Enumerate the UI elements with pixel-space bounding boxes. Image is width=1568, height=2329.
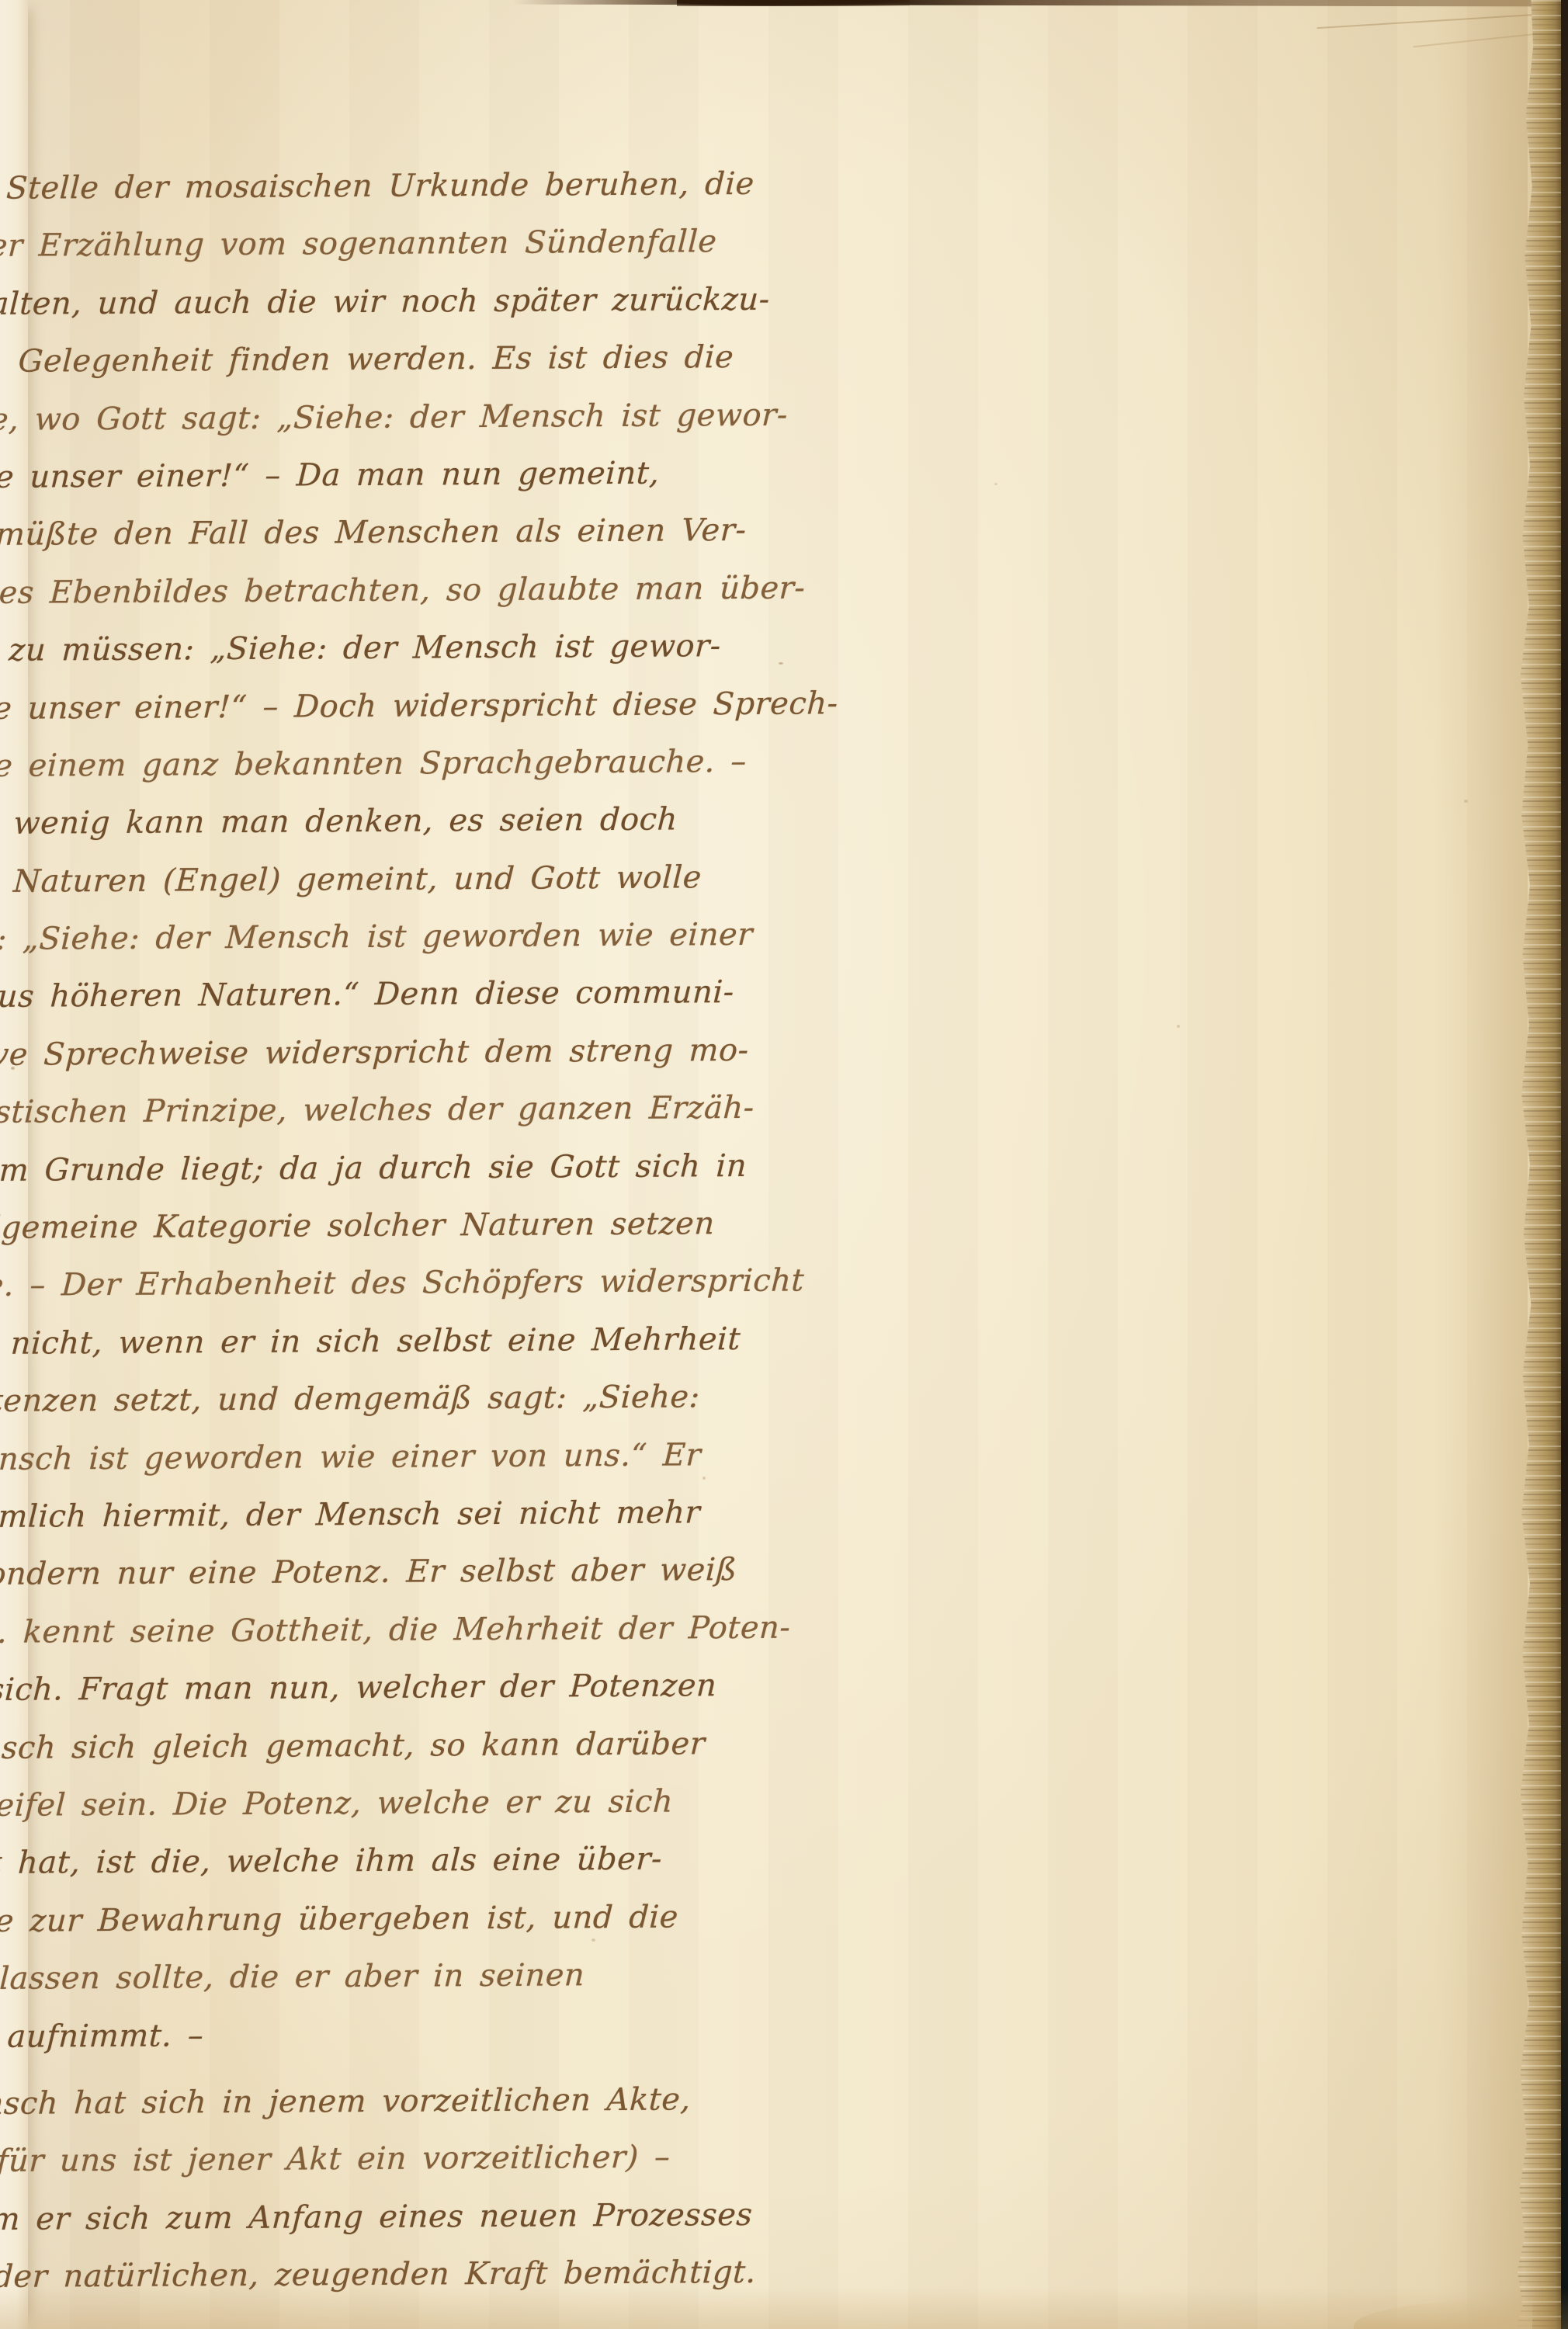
manuscript-line: cative Sprechweise widerspricht dem stre… [0, 1021, 798, 1084]
manuscript-line: wie unser einer!“ – Doch widerspricht di… [0, 675, 814, 738]
manuscript-line: eise einem ganz bekannten Sprachgebrauch… [0, 732, 812, 795]
manuscript-line: en zu müssen: „Siehe: der Mensch ist gew… [0, 617, 817, 680]
foxing-speck [1177, 1025, 1180, 1028]
foxing-speck [591, 1939, 595, 1942]
manuscript-line: ürde. – Der Erhabenheit des Schöpfers wi… [0, 1252, 788, 1315]
manuscript-line: wie unser einer!“ – Da man nun gemeint, [0, 443, 825, 506]
foxing-speck [994, 483, 997, 485]
manuscript-line: e allgemeine Kategorie solcher Naturen s… [0, 1195, 790, 1258]
manuscript-line: macht hat, ist die, welche ihm als eine … [0, 1830, 761, 1893]
manuscript-line: (denn für uns ist jener Akt ein vorzeitl… [0, 2128, 747, 2191]
manuscript-line: r Mensch ist geworden wie einer von uns.… [0, 1425, 779, 1488]
manuscript-line: r Stelle der mosaischen Urkunde beruhen,… [0, 154, 838, 217]
bottom-edge-shade [0, 2287, 1568, 2329]
ink-speck [779, 662, 783, 665]
manuscript-line: der Erzählung vom sogenannten Sündenfall… [0, 213, 836, 276]
manuscript-line: halten, und auch die wir noch später zur… [0, 270, 833, 333]
manuscript-line: nso wenig kann man denken, es seien doch [0, 790, 809, 853]
manuscript-line: Willen aufnimmt. – [0, 2003, 753, 2066]
manuscript-line: n in sich. Fragt man nun, welcher der Po… [0, 1657, 768, 1720]
right-paper-shade [1434, 0, 1528, 2329]
handwritten-text-block: r Stelle der mosaischen Urkunde beruhen,… [0, 154, 838, 2306]
manuscript-line: en Gelegenheit finden werden. Es ist die… [0, 328, 831, 390]
manuscript-line: n müßte den Fall des Menschen als einen … [0, 502, 822, 564]
manuscript-line: le, sondern nur eine Potenz. Er selbst a… [0, 1541, 774, 1604]
top-binding-blob [677, 0, 910, 6]
foxing-speck [702, 1477, 706, 1480]
manuscript-line: welchem er sich zum Anfang eines neuen P… [0, 2186, 744, 2249]
manuscript-line: lle, wo Gott sagt: „Siehe: der Mensch is… [0, 386, 827, 449]
manuscript-line: gen: „Siehe: der Mensch ist geworden wie… [0, 906, 803, 969]
fore-edge-dark-stripe [1561, 0, 1568, 2329]
manuscript-line: theistischen Prinzipe, welches der ganze… [0, 1079, 796, 1142]
manuscript-line: g zum Grunde liegt; da ja durch sie Gott… [0, 1137, 793, 1199]
manuscript-line: undene zur Bewahrung übergeben ist, und … [0, 1888, 758, 1951]
manuscript-line: in Zweifel sein. Die Potenz, welche er z… [0, 1772, 764, 1835]
manuscript-line: ruhen lassen sollte, die er aber in sein… [0, 1945, 755, 2008]
manuscript-line: ren Naturen (Engel) gemeint, und Gott wo… [0, 848, 807, 911]
manuscript-line: n Potenzen setzt, und demgemäß sagt: „Si… [0, 1368, 782, 1431]
foxing-speck [1464, 800, 1468, 803]
manuscript-line: l des Ebenbildes betrachten, so glaubte … [0, 559, 820, 622]
manuscript-page: r Stelle der mosaischen Urkunde beruhen,… [0, 0, 1568, 2329]
manuscript-line: gt nämlich hiermit, der Mensch sei nicht… [0, 1484, 777, 1546]
manuscript-line: er Mensch hat sich in jenem vorzeitliche… [0, 2070, 750, 2133]
ink-speck [11, 1067, 15, 1070]
manuscript-line: n aus höheren Naturen.“ Denn diese commu… [0, 963, 801, 1026]
manuscript-line: aber nicht, wenn er in sich selbst eine … [0, 1310, 785, 1373]
manuscript-line: r Mensch sich gleich gemacht, so kann da… [0, 1714, 766, 1777]
manuscript-line: , d. h. kennt seine Gottheit, die Mehrhe… [0, 1599, 772, 1662]
